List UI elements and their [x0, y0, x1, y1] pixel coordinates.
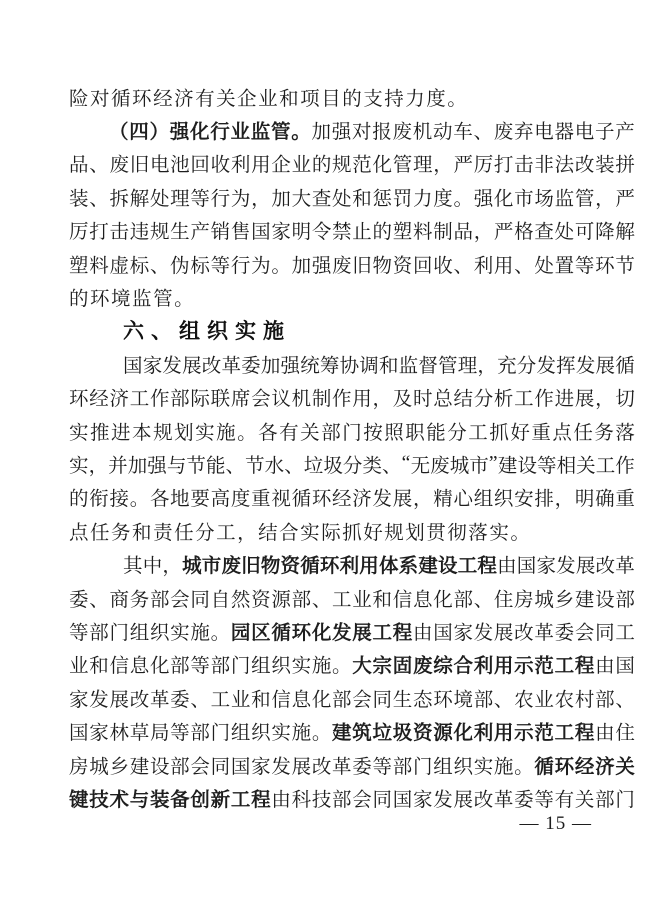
text-line-12: 实，并加强与节能、节水、垃圾分类、“无废城市”建设等相关工作 — [69, 447, 635, 480]
document-body: 险对循环经济有关企业和项目的支持力度。（四）强化行业监管。加强对报废机动车、废弃… — [69, 80, 635, 815]
text-line-19: 家发展改革委、工业和信息化部会同生态环境部、农业农村部、 — [69, 681, 635, 714]
text-line-11: 实推进本规划实施。各有关部门按照职能分工抓好重点任务落 — [69, 414, 635, 447]
document-page: 险对循环经济有关企业和项目的支持力度。（四）强化行业监管。加强对报废机动车、废弃… — [0, 0, 669, 917]
text-line-17: 等部门组织实施。园区循环化发展工程由国家发展改革委会同工 — [69, 614, 635, 647]
text-line-7: 的环境监管。 — [69, 280, 635, 313]
text-line-1: 险对循环经济有关企业和项目的支持力度。 — [69, 80, 635, 113]
text-line-10: 环经济工作部际联席会议机制作用，及时总结分析工作进展，切 — [69, 381, 635, 414]
section-heading: 六、组织实施 — [69, 314, 635, 347]
text-line-6: 塑料虚标、伪标等行为。加强废旧物资回收、利用、处置等环节 — [69, 247, 635, 280]
text-line-22: 键技术与装备创新工程由科技部会同国家发展改革委等有关部门 — [69, 781, 635, 814]
text-line-20: 国家林草局等部门组织实施。建筑垃圾资源化利用示范工程由住 — [69, 714, 635, 747]
text-line-14: 点任务和责任分工，结合实际抓好规划贯彻落实。 — [69, 514, 635, 547]
text-line-3: 品、废旧电池回收利用企业的规范化管理，严厉打击非法改装拼 — [69, 147, 635, 180]
text-line-5: 厉打击违规生产销售国家明令禁止的塑料制品，严格查处可降解 — [69, 214, 635, 247]
page-number: — 15 — — [520, 812, 593, 836]
text-line-16: 委、商务部会同自然资源部、工业和信息化部、住房城乡建设部 — [69, 581, 635, 614]
text-line-13: 的衔接。各地要高度重视循环经济发展，精心组织安排，明确重 — [69, 481, 635, 514]
text-line-9: 国家发展改革委加强统筹协调和监督管理，充分发挥发展循 — [69, 347, 635, 380]
text-line-21: 房城乡建设部会同国家发展改革委等部门组织实施。循环经济关 — [69, 748, 635, 781]
text-line-15: 其中，城市废旧物资循环利用体系建设工程由国家发展改革 — [69, 547, 635, 580]
text-line-4: 装、拆解处理等行为，加大查处和惩罚力度。强化市场监管，严 — [69, 180, 635, 213]
text-line-18: 业和信息化部等部门组织实施。大宗固废综合利用示范工程由国 — [69, 648, 635, 681]
text-line-2: （四）强化行业监管。加强对报废机动车、废弃电器电子产 — [69, 113, 635, 146]
